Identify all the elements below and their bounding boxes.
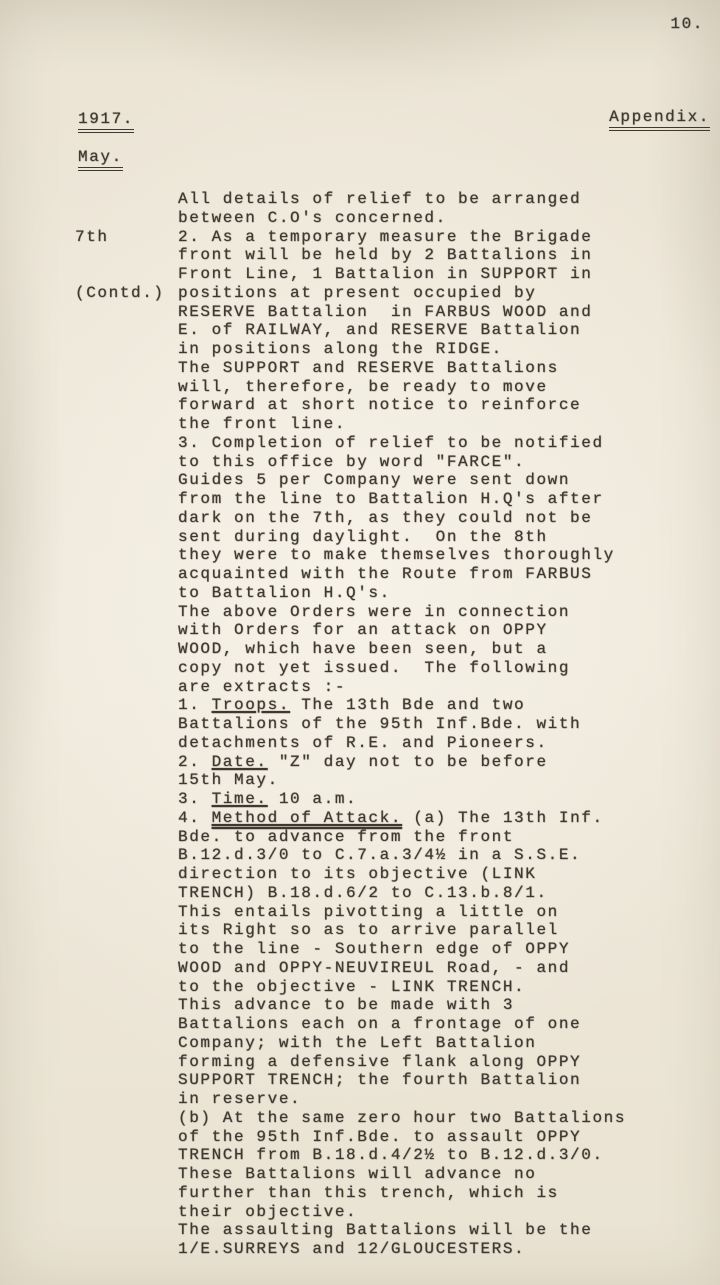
text-segment: their objective. (178, 1203, 357, 1221)
text-segment: The assaulting Battalions will be the (178, 1221, 592, 1239)
text-line: detachments of R.E. and Pioneers. (178, 734, 626, 753)
text-segment: from the line to Battalion H.Q's after (178, 490, 604, 508)
text-segment: The 13th Bde and two (290, 696, 525, 714)
text-segment: dark on the 7th, as they could not be (178, 509, 592, 527)
text-line: direction to its objective (LINK (178, 865, 626, 884)
text-line: Bde. to advance from the front (178, 828, 626, 847)
underlined-term: Method of Attack. (212, 809, 402, 827)
text-line: The above Orders were in connection (178, 603, 626, 622)
text-line: positions at present occupied by (178, 284, 626, 303)
underlined-term: Time. (212, 790, 268, 808)
underlined-term: Date. (212, 753, 268, 771)
text-segment: B.12.d.3/0 to C.7.a.3/4½ in a S.S.E. (178, 846, 581, 864)
text-line: further than this trench, which is (178, 1184, 626, 1203)
text-line: to Battalion H.Q's. (178, 584, 626, 603)
text-line: Guides 5 per Company were sent down (178, 471, 626, 490)
year-heading-text: 1917. (78, 110, 134, 133)
text-segment: All details of relief to be arranged (178, 190, 581, 208)
text-line: between C.O's concerned. (178, 209, 626, 228)
text-line: forming a defensive flank along OPPY (178, 1053, 626, 1072)
text-segment: are extracts :- (178, 678, 346, 696)
text-segment: (a) The 13th Inf. (402, 809, 604, 827)
text-line: to the objective - LINK TRENCH. (178, 978, 626, 997)
month-heading-text: May. (78, 148, 123, 171)
text-segment: front will be held by 2 Battalions in (178, 246, 592, 264)
text-segment: will, therefore, be ready to move (178, 378, 548, 396)
text-segment: in reserve. (178, 1090, 301, 1108)
text-line: 15th May. (178, 771, 626, 790)
text-line: All details of relief to be arranged (178, 190, 626, 209)
text-segment: SUPPORT TRENCH; the fourth Battalion (178, 1071, 581, 1089)
margin-day: 7th (75, 228, 165, 247)
text-segment: TRENCH from B.18.d.4/2½ to B.12.d.3/0. (178, 1146, 604, 1164)
text-line: of the 95th Inf.Bde. to assault OPPY (178, 1128, 626, 1147)
text-line: Battalions of the 95th Inf.Bde. with (178, 715, 626, 734)
underlined-term: Troops. (212, 696, 290, 714)
text-segment: 4. (178, 809, 212, 827)
text-line: WOOD and OPPY-NEUVIREUL Road, - and (178, 959, 626, 978)
text-segment: they were to make themselves thoroughly (178, 546, 615, 564)
text-line: will, therefore, be ready to move (178, 378, 626, 397)
text-line: 3. Completion of relief to be notified (178, 434, 626, 453)
text-segment: the front line. (178, 415, 346, 433)
text-segment: WOOD and OPPY-NEUVIREUL Road, - and (178, 959, 570, 977)
text-segment: 1. (178, 696, 212, 714)
text-segment: This entails pivotting a little on (178, 903, 559, 921)
body-lines: All details of relief to be arrangedbetw… (178, 190, 626, 1259)
text-line: their objective. (178, 1203, 626, 1222)
text-line: its Right so as to arrive parallel (178, 921, 626, 940)
text-segment: to the objective - LINK TRENCH. (178, 978, 525, 996)
text-line: to this office by word "FARCE". (178, 453, 626, 472)
text-line: The assaulting Battalions will be the (178, 1221, 626, 1240)
text-line: 4. Method of Attack. (a) The 13th Inf. (178, 809, 626, 828)
text-segment: 3. (178, 790, 212, 808)
text-segment: forward at short notice to reinforce (178, 396, 581, 414)
text-line: 1/E.SURREYS and 12/GLOUCESTERS. (178, 1240, 626, 1259)
text-segment: 1/E.SURREYS and 12/GLOUCESTERS. (178, 1240, 525, 1258)
text-line: This entails pivotting a little on (178, 903, 626, 922)
text-segment: acquainted with the Route from FARBUS (178, 565, 592, 583)
year-heading: 1917. (78, 110, 134, 129)
page-number: 10. (670, 15, 704, 34)
text-segment: to Battalion H.Q's. (178, 584, 391, 602)
text-segment: to this office by word "FARCE". (178, 453, 525, 471)
text-segment: detachments of R.E. and Pioneers. (178, 734, 548, 752)
text-segment: to the line - Southern edge of OPPY (178, 940, 570, 958)
text-line: RESERVE Battalion in FARBUS WOOD and (178, 303, 626, 322)
text-segment: (b) At the same zero hour two Battalions (178, 1109, 626, 1127)
text-line: copy not yet issued. The following (178, 659, 626, 678)
margin-annotation: 7th (Contd.) (75, 190, 165, 340)
text-segment: The SUPPORT and RESERVE Battalions (178, 359, 559, 377)
text-line: This advance to be made with 3 (178, 996, 626, 1015)
text-line: acquainted with the Route from FARBUS (178, 565, 626, 584)
text-line: dark on the 7th, as they could not be (178, 509, 626, 528)
text-segment: Company; with the Left Battalion (178, 1034, 536, 1052)
text-line: forward at short notice to reinforce (178, 396, 626, 415)
text-segment: 3. Completion of relief to be notified (178, 434, 604, 452)
appendix-heading-text: Appendix. (609, 108, 710, 131)
text-line: the front line. (178, 415, 626, 434)
text-line: These Battalions will advance no (178, 1165, 626, 1184)
text-segment: 15th May. (178, 771, 279, 789)
text-segment: Battalions of the 95th Inf.Bde. with (178, 715, 581, 733)
text-line: Company; with the Left Battalion (178, 1034, 626, 1053)
text-line: TRENCH from B.18.d.4/2½ to B.12.d.3/0. (178, 1146, 626, 1165)
text-line: in positions along the RIDGE. (178, 340, 626, 359)
text-segment: Bde. to advance from the front (178, 828, 514, 846)
text-line: 1. Troops. The 13th Bde and two (178, 696, 626, 715)
text-segment: copy not yet issued. The following (178, 659, 570, 677)
text-line: SUPPORT TRENCH; the fourth Battalion (178, 1071, 626, 1090)
text-segment: sent during daylight. On the 8th (178, 528, 548, 546)
text-line: 2. Date. "Z" day not to be before (178, 753, 626, 772)
text-segment: WOOD, which have been seen, but a (178, 640, 548, 658)
text-segment: Battalions each on a frontage of one (178, 1015, 581, 1033)
text-segment: E. of RAILWAY, and RESERVE Battalion (178, 321, 581, 339)
text-line: (b) At the same zero hour two Battalions (178, 1109, 626, 1128)
text-line: front will be held by 2 Battalions in (178, 246, 626, 265)
text-segment: further than this trench, which is (178, 1184, 559, 1202)
text-line: TRENCH) B.18.d.6/2 to C.13.b.8/1. (178, 884, 626, 903)
text-segment: of the 95th Inf.Bde. to assault OPPY (178, 1128, 581, 1146)
text-line: to the line - Southern edge of OPPY (178, 940, 626, 959)
text-segment: The above Orders were in connection (178, 603, 570, 621)
text-line: they were to make themselves thoroughly (178, 546, 626, 565)
month-heading: May. (78, 148, 123, 167)
appendix-heading: Appendix. (609, 108, 710, 127)
text-segment: its Right so as to arrive parallel (178, 921, 559, 939)
text-segment: forming a defensive flank along OPPY (178, 1053, 581, 1071)
text-line: 2. As a temporary measure the Brigade (178, 228, 626, 247)
margin-contd: (Contd.) (75, 284, 165, 303)
text-segment: 10 a.m. (268, 790, 358, 808)
document-page: 10. 1917. Appendix. May. 7th (Contd.) Al… (0, 0, 720, 1285)
text-segment: 2. As a temporary measure the Brigade (178, 228, 592, 246)
text-segment: TRENCH) B.18.d.6/2 to C.13.b.8/1. (178, 884, 548, 902)
text-segment: RESERVE Battalion in FARBUS WOOD and (178, 303, 592, 321)
text-line: E. of RAILWAY, and RESERVE Battalion (178, 321, 626, 340)
text-segment: with Orders for an attack on OPPY (178, 621, 548, 639)
text-line: The SUPPORT and RESERVE Battalions (178, 359, 626, 378)
text-segment: positions at present occupied by (178, 284, 536, 302)
text-line: B.12.d.3/0 to C.7.a.3/4½ in a S.S.E. (178, 846, 626, 865)
text-line: WOOD, which have been seen, but a (178, 640, 626, 659)
text-segment: 2. (178, 753, 212, 771)
text-line: in reserve. (178, 1090, 626, 1109)
text-line: sent during daylight. On the 8th (178, 528, 626, 547)
text-segment: This advance to be made with 3 (178, 996, 514, 1014)
text-line: Battalions each on a frontage of one (178, 1015, 626, 1034)
text-line: from the line to Battalion H.Q's after (178, 490, 626, 509)
text-segment: These Battalions will advance no (178, 1165, 536, 1183)
text-line: 3. Time. 10 a.m. (178, 790, 626, 809)
text-line: with Orders for an attack on OPPY (178, 621, 626, 640)
text-segment: in positions along the RIDGE. (178, 340, 503, 358)
text-line: Front Line, 1 Battalion in SUPPORT in (178, 265, 626, 284)
text-segment: between C.O's concerned. (178, 209, 447, 227)
text-segment: Guides 5 per Company were sent down (178, 471, 570, 489)
text-segment: Front Line, 1 Battalion in SUPPORT in (178, 265, 592, 283)
text-segment: direction to its objective (LINK (178, 865, 536, 883)
text-segment: "Z" day not to be before (268, 753, 548, 771)
text-line: are extracts :- (178, 678, 626, 697)
